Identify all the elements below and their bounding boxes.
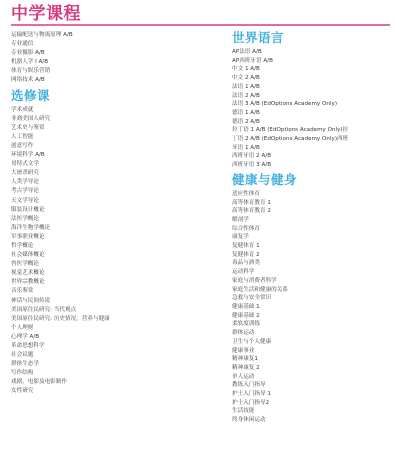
section-heading-world-languages: 世界语言 [232,30,392,45]
course-item: 护士入门指导 1 [232,390,392,399]
course-item: 美国原住民研究: 历史情况，营养与健康 [11,315,211,324]
course-item: 生活技能 [232,407,392,416]
course-item: 音乐鉴赏 [11,287,211,296]
course-item: 群体运动 [232,329,392,338]
section-heading-health-fitness: 健康与健身 [232,172,392,187]
section-heading-electives: 选修课 [11,88,211,103]
course-item: 运动科学 [232,268,392,277]
course-item: 社会议题 [11,351,211,360]
course-item: 健康基础 1 [232,303,392,312]
course-item: 创意写作 [11,142,211,151]
course-item: 家庭与消费者科学 [232,277,392,286]
course-item: 服装设计概论 [11,206,211,215]
course-item: 高等体育教育 2 [232,207,392,216]
course-item: 非裔美国人研究 [11,115,211,124]
world-languages-course-list: AP法语 A/BAP西班牙语 A/B中文 1 A/B中文 2 A/B法语 1 A… [232,48,392,170]
course-item: 急救与安全常识 [232,294,392,303]
course-item: 柔软度训练 [232,320,392,329]
course-item: 考古学导论 [11,187,211,196]
course-item: 健康基础 2 [232,312,392,321]
course-item: 海洋生物学概论 [11,224,211,233]
course-item: 神话与民间传说 [11,297,211,306]
course-item: 革命思想科学 [11,342,211,351]
course-item: 法医学概论 [11,215,211,224]
title-divider [11,24,390,26]
course-item: 卫生与个人健康 [232,338,392,347]
course-item: 精神康复1 [232,355,392,364]
course-item: 解剖学 [232,216,392,225]
course-item: 艺术史与鉴赏 [11,124,211,133]
course-item: 综合性体育 [232,225,392,234]
course-item: 德语 2 A/B [232,118,392,127]
right-column: 世界语言 AP法语 A/BAP西班牙语 A/B中文 1 A/B中文 2 A/B法… [232,30,392,425]
course-item: 复健体育 1 [232,242,392,251]
course-item: 环境科学 A/B [11,151,211,160]
course-item: AP法语 A/B [232,48,392,57]
course-item: 群体生态学 [11,360,211,369]
course-item: 学术成就 [11,106,211,115]
course-item: 女性研究 [11,387,211,396]
course-item: 法语 1 A/B [232,83,392,92]
course-item: 丁语 2 A/B (EdOptions Academy Only)西班 [232,135,392,144]
course-item: 人类学导论 [11,178,211,187]
course-item: 德语 1 A/B [232,109,392,118]
course-item: 单人运动 [232,373,392,382]
course-item: 军事职业概论 [11,233,211,242]
course-item: 教练入门指导 [232,381,392,390]
course-item: 心理学 A/B [11,333,211,342]
course-item: 法语 3 A/B (EdOptions Academy Only) [232,100,392,109]
course-item: 家庭生活和健康的关系 [232,286,392,295]
electives-course-list: 学术成就非裔美国人研究艺术史与鉴赏人工智能创意写作环境科学 A/B哥特式文学大屠… [11,106,211,397]
course-item: 牙语 1 A/B [232,144,392,153]
course-item: 西班牙语 2 A/B [232,152,392,161]
course-item: 终身休闲运动 [232,416,392,425]
course-item: 运输配送与物流原理 A/B [11,31,211,40]
course-item: 美国原住民研究: 当代观点 [11,306,211,315]
course-item: 中文 1 A/B [232,65,392,74]
course-item: 毒品与酒类 [232,259,392,268]
course-item: 哲学概论 [11,242,211,251]
course-item: 拉丁语 1 A/B (EdOptions Academy Only)拉 [232,126,392,135]
course-item: 专业通信 [11,40,211,49]
course-item: 写作结构 [11,369,211,378]
course-item: 世界宗教概论 [11,278,211,287]
course-item: 机器人学 I A/B [11,58,211,67]
course-item: 复健体育 2 [232,251,392,260]
course-item: 法语 2 A/B [232,92,392,101]
course-item: AP西班牙语 A/B [232,57,392,66]
course-item: 高等体育教育 1 [232,199,392,208]
course-item: 大屠杀研究 [11,169,211,178]
course-item: 兽医学概论 [11,260,211,269]
course-item: 护士入门指导2 [232,399,392,408]
course-item: 哥特式文学 [11,160,211,169]
course-item: 戏剧、电影及电影制作 [11,378,211,387]
left-column: 运输配送与物流原理 A/B专业通信专业摄影 A/B机器人学 I A/B体育与娱乐… [11,31,211,397]
course-item: 适应性体育 [232,190,392,199]
course-item: 天文学导论 [11,197,211,206]
course-item: 个人理财 [11,324,211,333]
course-item: 社会媒体概论 [11,251,211,260]
course-item: 西班牙语 3 A/B [232,161,392,170]
course-item: 人工智能 [11,133,211,142]
course-item: 康复学 [232,233,392,242]
health-fitness-course-list: 适应性体育高等体育教育 1高等体育教育 2解剖学综合性体育康复学复健体育 1复健… [232,190,392,425]
course-item: 中文 2 A/B [232,74,392,83]
course-item: 精神康复 2 [232,364,392,373]
course-item: 专业摄影 A/B [11,49,211,58]
course-item: 网络技术 A/B [11,76,211,85]
course-item: 视觉艺术概论 [11,269,211,278]
course-item: 健康事业 [232,347,392,356]
page-title: 中学课程 [11,4,81,24]
course-item: 体育与娱乐营销 [11,67,211,76]
intro-course-list: 运输配送与物流原理 A/B专业通信专业摄影 A/B机器人学 I A/B体育与娱乐… [11,31,211,86]
